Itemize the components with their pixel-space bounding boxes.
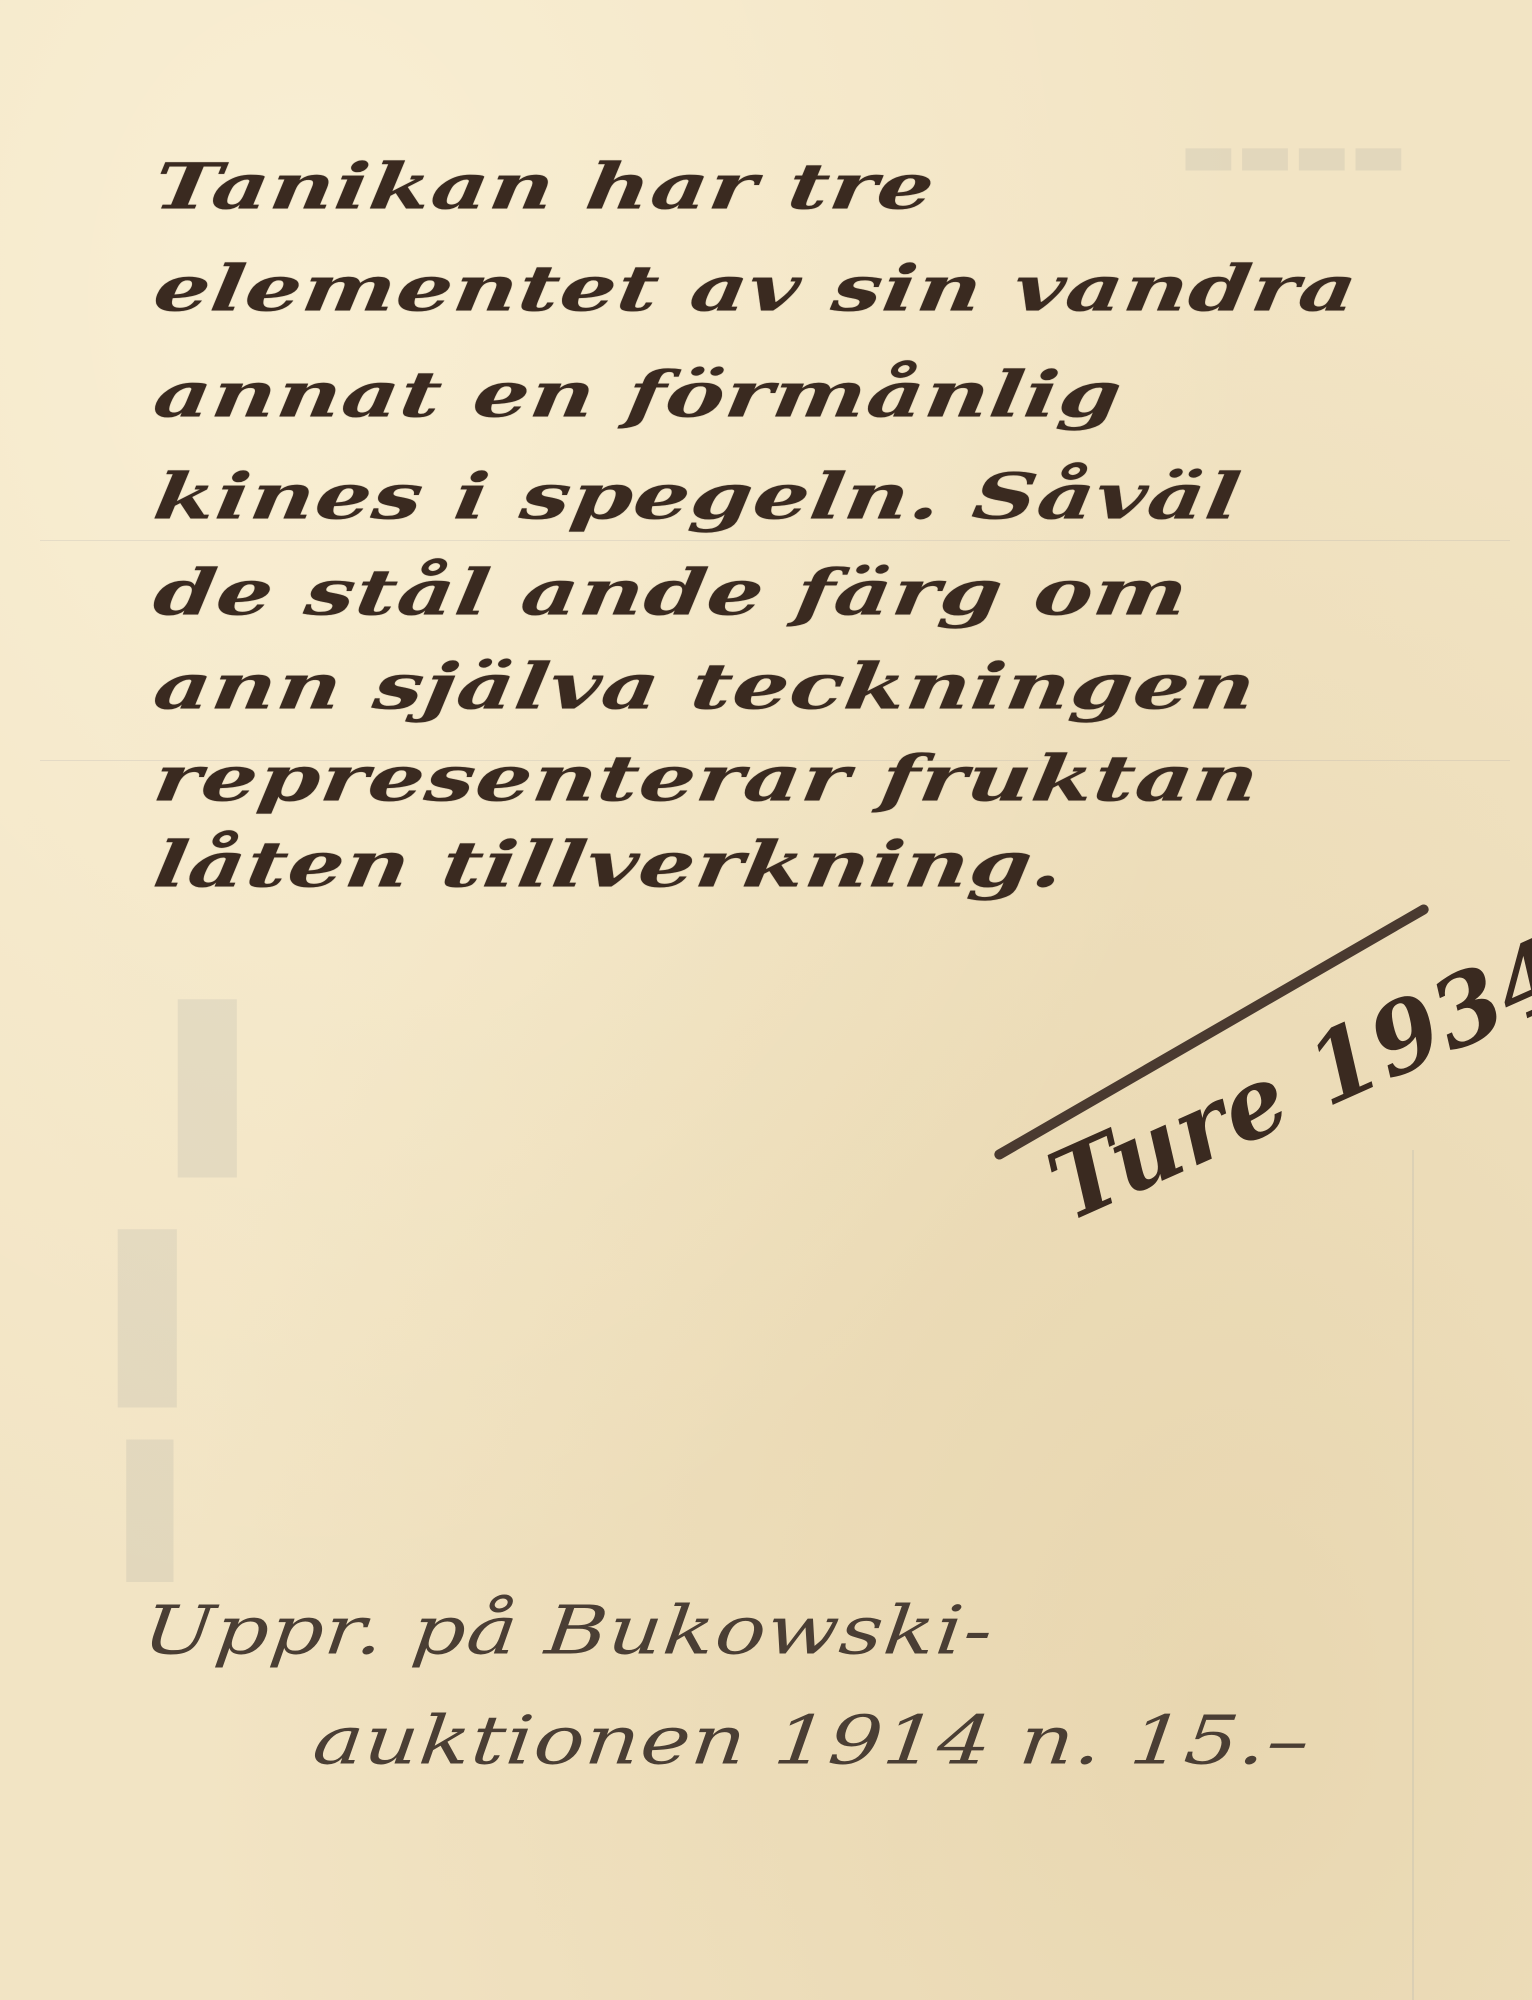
ruled-line <box>40 540 1510 541</box>
body-line-2: elementet av sin vandra <box>150 257 1362 320</box>
document-page: ▬▬▬▬ ▌ ▌ ▌ Tanikan har tre elementet av … <box>0 0 1532 2000</box>
annotation-line-1: Uppr. på Bukowski- <box>140 1597 997 1664</box>
bleed-through-rule <box>1412 1150 1414 2000</box>
body-line-1: Tanikan har tre <box>150 155 939 218</box>
body-line-6: ann själva teckningen <box>150 655 1261 718</box>
body-line-5: de stål ande färg om <box>150 561 1193 624</box>
bleed-through-mark: ▌ <box>80 1440 172 1581</box>
bleed-through-mark: ▌ <box>60 1230 175 1406</box>
signature: Ture 1934. <box>1036 909 1532 1236</box>
bleed-through-letterhead: ▬▬▬▬ <box>1180 120 1407 190</box>
body-line-3: annat en förmånlig <box>150 363 1127 426</box>
body-line-7: representerar fruktan <box>150 747 1264 810</box>
body-line-4: kines i spegeln. Såväl <box>150 465 1245 528</box>
signature-year: 1934. <box>1290 901 1532 1129</box>
annotation-line-2: auktionen 1914 n. 15.– <box>310 1707 1314 1774</box>
signature-name: Ture <box>1032 1039 1305 1243</box>
bleed-through-mark: ▌ <box>120 1000 235 1176</box>
body-line-8: låten tillverkning. <box>150 833 1069 896</box>
